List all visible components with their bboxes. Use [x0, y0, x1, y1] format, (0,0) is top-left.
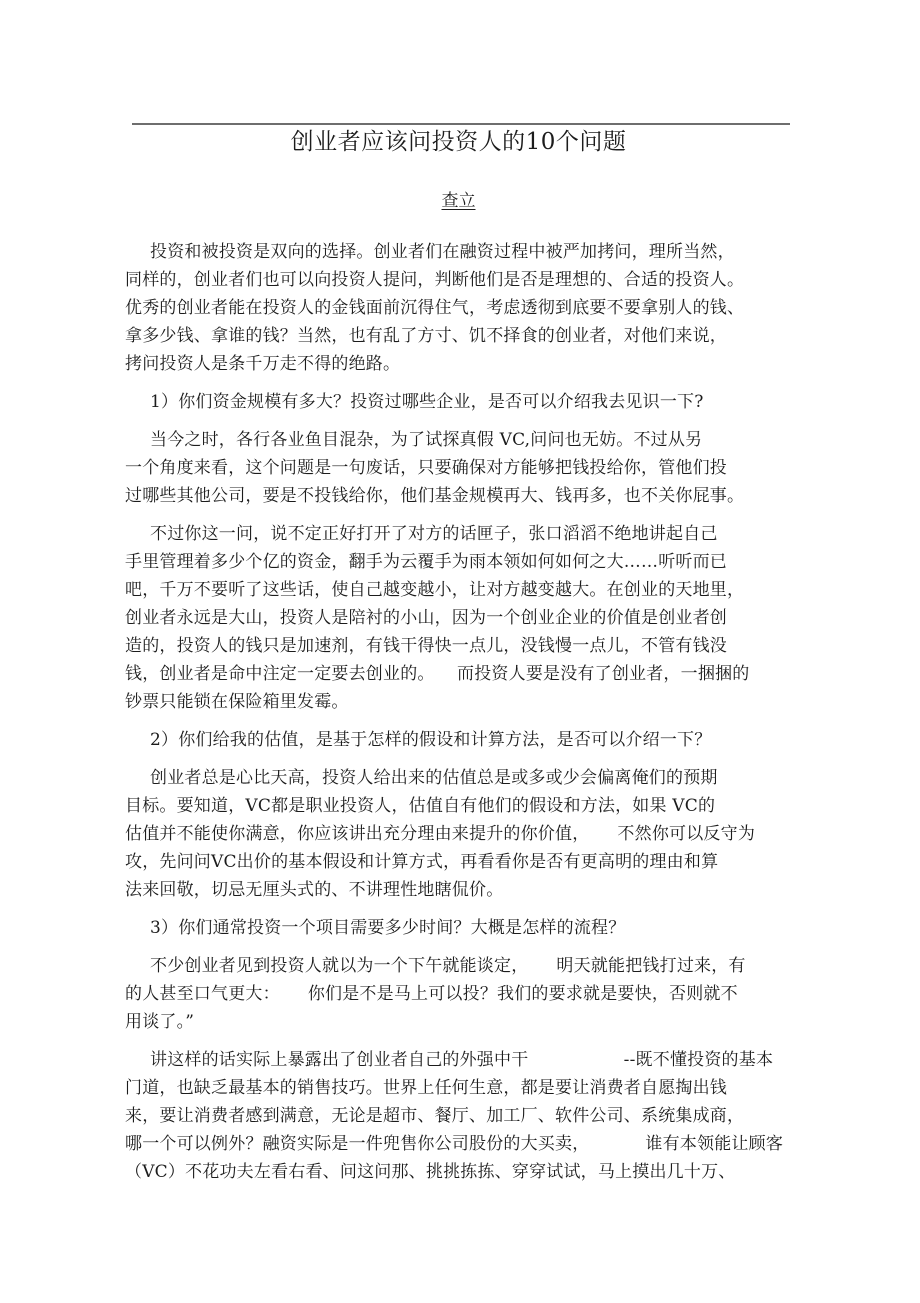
- document-page: 创业者应该问投资人的10个问题 查立 投资和被投资是双向的选择。创业者们在融资过…: [0, 0, 920, 1303]
- paragraph: 当今之时，各行各业鱼目混杂，为了试探真假 VC,问问也无妨。不过从另 一个角度来…: [125, 426, 792, 510]
- document-content: 创业者应该问投资人的10个问题 查立 投资和被投资是双向的选择。创业者们在融资过…: [125, 125, 792, 1196]
- document-title: 创业者应该问投资人的10个问题: [125, 127, 792, 157]
- paragraph: 讲这样的话实际上暴露出了创业者自己的外强中干 --既不懂投资的基本 门道，也缺乏…: [125, 1046, 792, 1186]
- paragraph: 2）你们给我的估值，是基于怎样的假设和计算方法，是否可以介绍一下？: [125, 726, 792, 754]
- paragraph: 投资和被投资是双向的选择。创业者们在融资过程中被严加拷问，理所当然， 同样的，创…: [125, 238, 792, 378]
- author-name: 查立: [442, 191, 476, 211]
- paragraph: 不少创业者见到投资人就以为一个下午就能谈定， 明天就能把钱打过来，有 的人甚至口…: [125, 952, 792, 1036]
- paragraph: 创业者总是心比天高，投资人给出来的估值总是或多或少会偏离俺们的预期 目标。要知道…: [125, 764, 792, 904]
- author-line: 查立: [125, 190, 792, 212]
- paragraph: 不过你这一问，说不定正好打开了对方的话匣子，张口滔滔不绝地讲起自己 手里管理着多…: [125, 520, 792, 716]
- document-body: 投资和被投资是双向的选择。创业者们在融资过程中被严加拷问，理所当然， 同样的，创…: [125, 238, 792, 1186]
- paragraph: 1）你们资金规模有多大？投资过哪些企业，是否可以介绍我去见识一下?: [125, 388, 792, 416]
- paragraph: 3）你们通常投资一个项目需要多少时间？大概是怎样的流程？: [125, 914, 792, 942]
